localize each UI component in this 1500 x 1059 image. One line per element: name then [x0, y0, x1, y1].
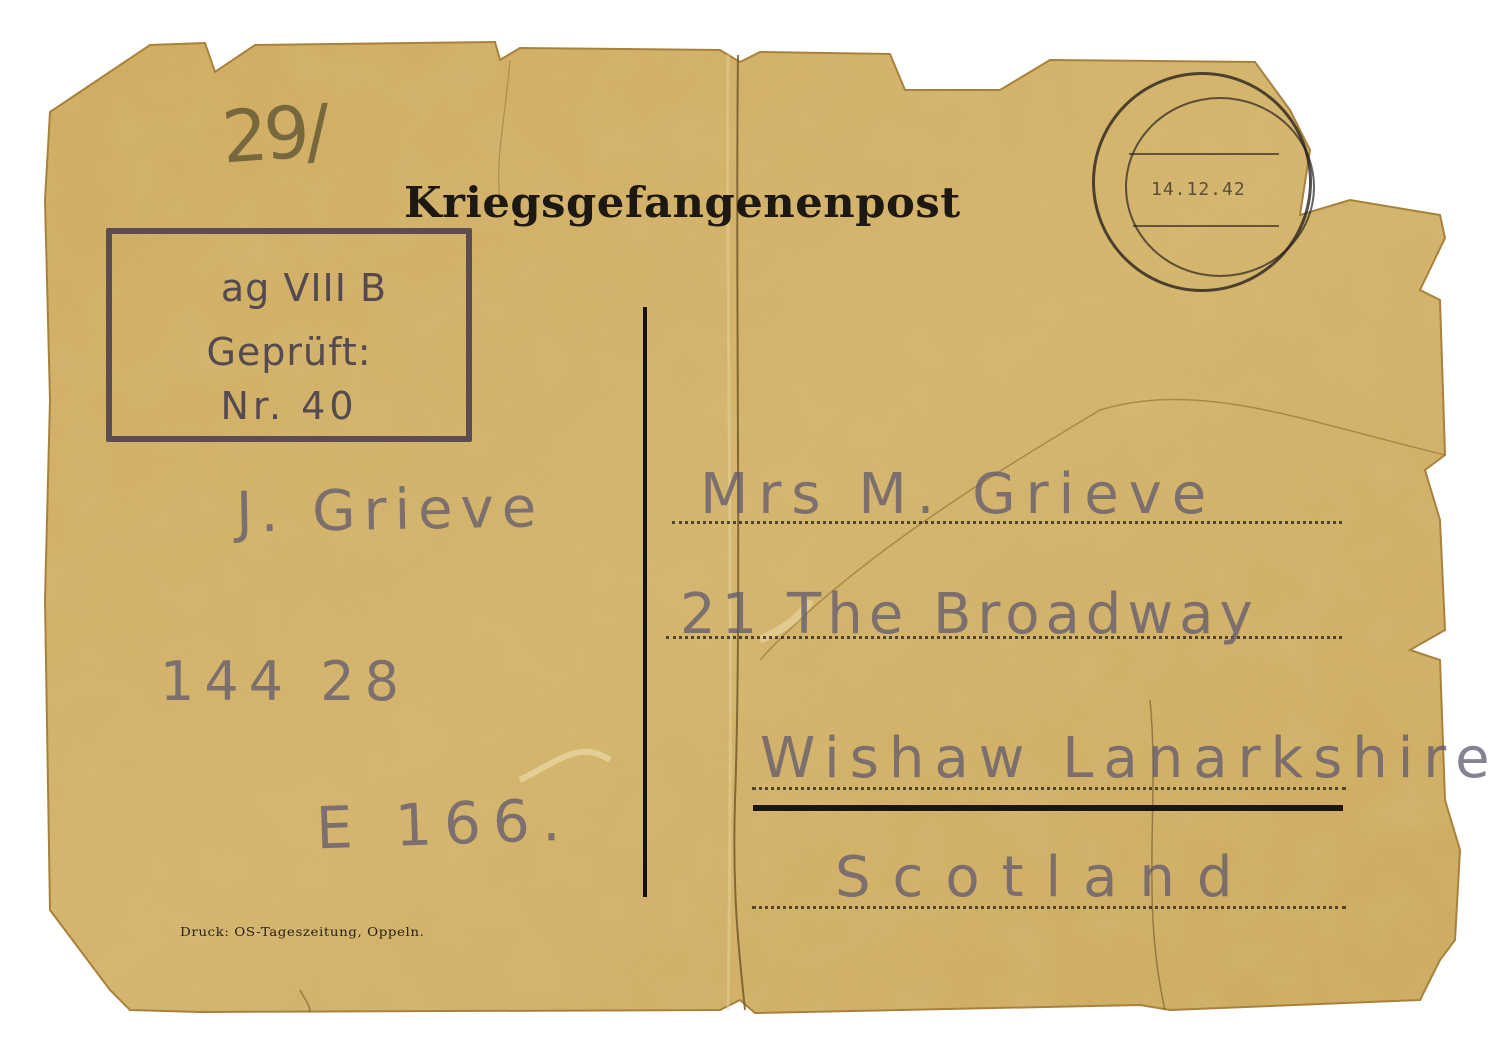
sender-name: J. Grieve [235, 475, 544, 545]
postcard-title: Kriegsgefangenenpost [404, 178, 961, 227]
address-solid-rule [753, 805, 1343, 811]
recipient-name: Mrs M. Grieve [700, 462, 1216, 527]
pencil-number: 29/ [219, 88, 328, 179]
postmark-date: 14.12.42 [1151, 179, 1246, 200]
center-divider-line [643, 307, 647, 897]
postmark: 14.12.42 [1092, 72, 1312, 292]
postcard: 29/ Kriegsgefangenenpost 14.12.42 ag VII… [0, 0, 1500, 1059]
censor-stamp-checked: Geprüft: [112, 330, 466, 374]
postmark-bar [1129, 153, 1279, 155]
printer-imprint: Druck: OS-Tageszeitung, Oppeln. [180, 925, 424, 939]
recipient-country: Scotland [835, 845, 1254, 910]
censor-stamp-number: Nr. 40 [112, 384, 466, 428]
sender-pow-number: 144 28 [160, 650, 409, 713]
censor-stamp-camp: ag VIII B [112, 266, 466, 310]
censor-stamp: ag VIII B Geprüft: Nr. 40 [106, 228, 472, 442]
recipient-street: 21 The Broadway [680, 582, 1259, 647]
sender-work-unit: E 166. [315, 786, 573, 863]
recipient-town: Wishaw Lanarkshire [760, 726, 1500, 791]
postmark-bar [1133, 225, 1279, 227]
